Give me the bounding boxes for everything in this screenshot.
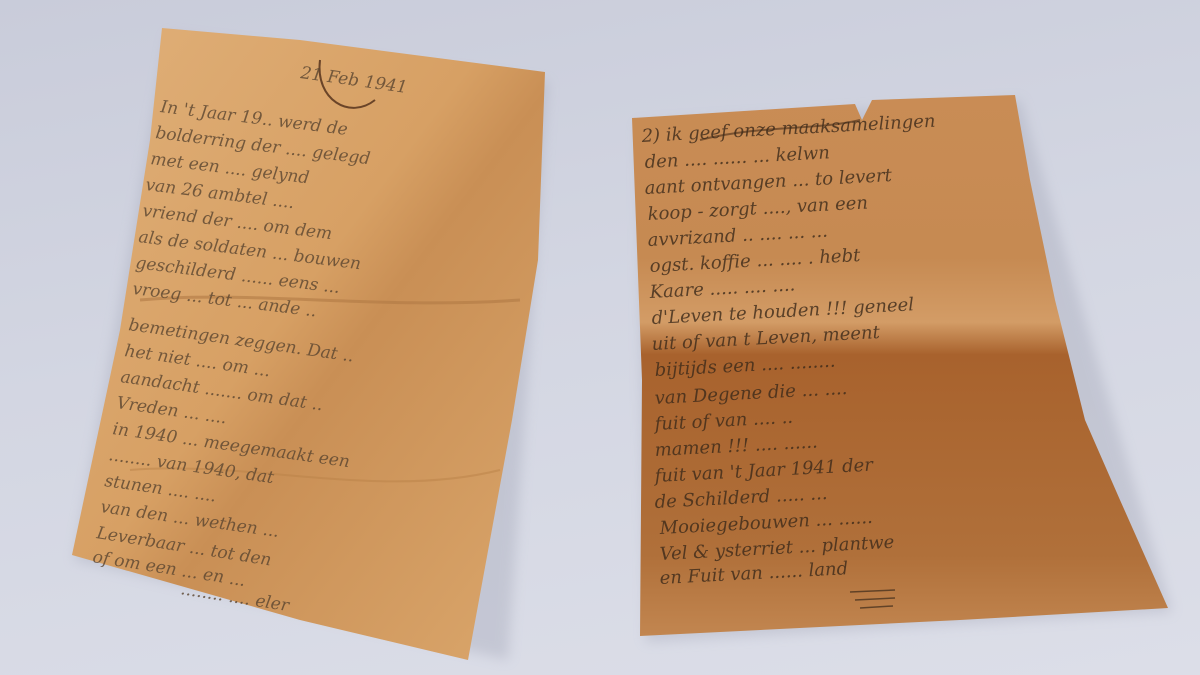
photo-scene: 21 Feb 1941 In 't Jaar 19.. werd de bold…	[0, 0, 1200, 675]
letters-illustration: 21 Feb 1941 In 't Jaar 19.. werd de bold…	[0, 0, 1200, 675]
left-letter: 21 Feb 1941 In 't Jaar 19.. werd de bold…	[72, 28, 545, 660]
